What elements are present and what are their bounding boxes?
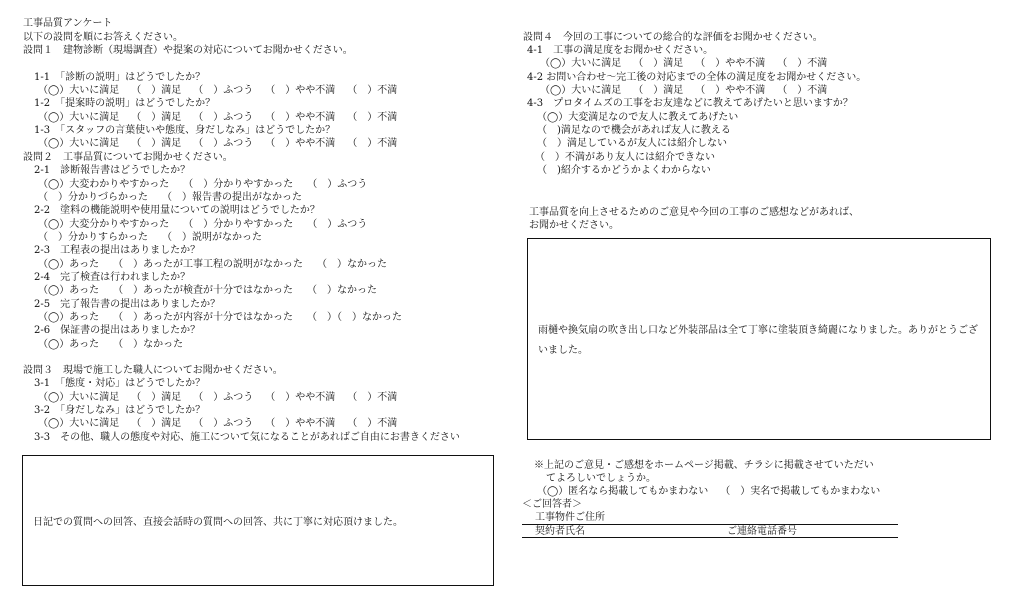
- option[interactable]: （ ）不満: [347, 417, 397, 430]
- option[interactable]: （ ）やや不満: [265, 137, 335, 150]
- option[interactable]: （ ）分かりすらかった: [38, 231, 148, 244]
- option[interactable]: （◯）大いに満足: [38, 137, 119, 150]
- option[interactable]: （ ）不満: [347, 391, 397, 404]
- option[interactable]: （ ）やや不満: [695, 57, 765, 70]
- option[interactable]: （ ）ふつう: [193, 111, 253, 124]
- q4-3-option[interactable]: （ )紹介するかどうかよくわからない: [537, 164, 711, 177]
- option[interactable]: （ ）満足: [633, 84, 683, 97]
- option[interactable]: （◯）大いに満足: [38, 391, 119, 404]
- q3-heading: 設問３ 現場で施工した職人についてお聞かせください。: [23, 364, 283, 377]
- q2-1-options-2: （ ）分かりづらかった （ ）報告書の提出がなかった: [38, 191, 316, 204]
- q2-5-label: 2-5 完了報告書の提出はありましたか？: [34, 298, 220, 311]
- q4-3-option[interactable]: （◯）大変満足なので友人に教えてあげたい: [537, 111, 738, 124]
- option[interactable]: （ ）不満: [347, 84, 397, 97]
- q4-3-option[interactable]: （ ）不満があり友人には紹介できない: [535, 151, 715, 164]
- q2-heading: 設問２ 工事品質についてお聞かせください。: [23, 151, 233, 164]
- option[interactable]: （ ）満足: [131, 111, 181, 124]
- option[interactable]: （ ）ふつう: [193, 391, 253, 404]
- option[interactable]: （ ）不満: [777, 84, 827, 97]
- option[interactable]: （ ）ふつう: [193, 417, 253, 430]
- option[interactable]: （ ）やや不満: [265, 391, 335, 404]
- option[interactable]: （ ）ふつう: [193, 137, 253, 150]
- option[interactable]: （ ）やや不満: [265, 84, 335, 97]
- q1-heading: 設問１ 建物診断（現場調査）や提案の対応についてお聞かせください。: [23, 44, 353, 57]
- option[interactable]: （ ）なかった: [317, 258, 387, 271]
- option[interactable]: （◯）あった: [38, 338, 99, 351]
- q3-2-options: （◯）大いに満足 （ ）満足 （ ）ふつう （ ）やや不満 （ ）不満: [38, 417, 411, 430]
- q2-3-options: （◯）あった （ ）あったが工事工程の説明がなかった （ ）なかった: [38, 258, 401, 271]
- opinion-answer-box[interactable]: 雨樋や換気扇の吹き出し口など外装部品は全て丁寧に塗装頂き綺麗になりました。ありが…: [527, 238, 991, 440]
- q4-2-label: 4-2 お問い合わせ～完工後の対応までの全体の満足度をお聞かせください。: [527, 71, 866, 84]
- option[interactable]: （ ）（ ）なかった: [307, 311, 402, 324]
- option[interactable]: （ ）やや不満: [695, 84, 765, 97]
- q2-1-options: （◯）大変わかりやすかった （ ）分かりやすかった （ ）ふつう: [38, 178, 381, 191]
- q2-2-label: 2-2 塗料の機能説明や使用量についての説明はどうでしたか？: [34, 204, 320, 217]
- option[interactable]: （◯）あった: [38, 258, 99, 271]
- q2-6-options: （◯）あった （ ）なかった: [38, 338, 197, 351]
- q3-3-answer-text: 日記での質問への回答、直接会話時の質問への回答、共に丁寧に対応頂けました。: [33, 513, 483, 533]
- q4-1-label: 4-1 工事の満足度をお聞かせください。: [527, 44, 713, 57]
- opinion-answer-text: 雨樋や換気扇の吹き出し口など外装部品は全て丁寧に塗装頂き綺麗になりました。ありが…: [538, 321, 980, 361]
- q4-3-option[interactable]: （ ）満足しているが友人には紹介しない: [537, 137, 727, 150]
- opinion-prompt-1: 工事品質を向上させるためのご意見や今回の工事のご感想などがあれば、: [529, 206, 859, 219]
- q2-2-options-2: （ ）分かりすらかった （ ）説明がなかった: [38, 231, 276, 244]
- q4-2-options: （◯）大いに満足 （ ）満足 （ ）やや不満 （ ）不満: [540, 84, 841, 97]
- option[interactable]: （ ）分かりやすかった: [183, 218, 293, 231]
- option[interactable]: （◯）あった: [38, 311, 99, 324]
- q3-1-label: 3-1 「態度・対応」はどうでしたか？: [34, 377, 205, 390]
- option[interactable]: （ ）満足: [131, 417, 181, 430]
- option[interactable]: （ ）満足: [131, 137, 181, 150]
- option[interactable]: （◯）大いに満足: [38, 84, 119, 97]
- q1-3-label: 1-3 「スタッフの言葉使いや態度、身だしなみ」はどうでしたか？: [34, 124, 335, 137]
- publish-options: （◯）匿名なら掲載してもかまわない （ ）実名で掲載してもかまわない: [537, 485, 894, 498]
- option[interactable]: （ ）説明がなかった: [162, 231, 262, 244]
- respondent-heading: ＜ご回答者＞: [522, 498, 582, 511]
- q2-2-options: （◯）大変分かりやすかった （ ）分かりやすかった （ ）ふつう: [38, 218, 381, 231]
- name-phone-underline: [522, 537, 898, 538]
- option[interactable]: （ ）ふつう: [307, 178, 367, 191]
- option[interactable]: （◯）大変わかりやすかった: [38, 178, 169, 191]
- q2-6-label: 2-6 保証書の提出はありましたか？: [34, 324, 200, 337]
- option[interactable]: （ ）不満: [777, 57, 827, 70]
- option[interactable]: （ ）実名で掲載してもかまわない: [720, 485, 880, 498]
- option[interactable]: （ ）やや不満: [265, 111, 335, 124]
- option[interactable]: （ ）ふつう: [193, 84, 253, 97]
- q3-3-label: 3-3 その他、職人の態度や対応、施工について気になることがあればご自由にお書き…: [34, 431, 460, 444]
- option[interactable]: （ ）報告書の提出がなかった: [162, 191, 302, 204]
- option[interactable]: （ ）不満: [347, 137, 397, 150]
- option[interactable]: （ ）満足: [131, 84, 181, 97]
- q2-5-options: （◯）あった （ ）あったが内容が十分ではなかった （ ）（ ）なかった: [38, 311, 416, 324]
- q4-3-label: 4-3 プロタイムズの工事をお友達などに教えてあげたいと思いますか？: [527, 97, 853, 110]
- option[interactable]: （ ）あったが工事工程の説明がなかった: [113, 258, 303, 271]
- q3-3-answer-box[interactable]: 日記での質問への回答、直接会話時の質問への回答、共に丁寧に対応頂けました。: [22, 455, 494, 586]
- option[interactable]: （◯）大変分かりやすかった: [38, 218, 169, 231]
- option[interactable]: （ ）やや不満: [265, 417, 335, 430]
- option[interactable]: （◯）大いに満足: [540, 57, 621, 70]
- option[interactable]: （ ）あったが内容が十分ではなかった: [113, 311, 293, 324]
- q1-1-label: 1-1 「診断の説明」はどうでしたか？: [34, 71, 205, 84]
- q1-3-options: （◯）大いに満足 （ ）満足 （ ）ふつう （ ）やや不満 （ ）不満: [38, 137, 411, 150]
- address-label: 工事物件ご住所: [535, 511, 605, 524]
- option[interactable]: （ ）なかった: [113, 338, 183, 351]
- option[interactable]: （ ）満足: [131, 391, 181, 404]
- option[interactable]: （◯）大いに満足: [38, 111, 119, 124]
- q2-3-label: 2-3 工程表の提出はありましたか？: [34, 244, 200, 257]
- q4-heading: 設問４ 今回の工事についての総合的な評価をお聞かせください。: [523, 31, 823, 44]
- option[interactable]: （ ）ふつう: [307, 218, 367, 231]
- survey-title: 工事品質アンケート: [23, 17, 112, 30]
- opinion-prompt-2: お聞かせください。: [529, 219, 619, 232]
- q3-2-label: 3-2 「身だしなみ」はどうでしたか？: [34, 404, 205, 417]
- q2-4-label: 2-4 完了検査は行われましたか？: [34, 271, 190, 284]
- q1-2-label: 1-2 「提案時の説明」はどうでしたか？: [34, 97, 215, 110]
- option[interactable]: （◯）大いに満足: [38, 417, 119, 430]
- q2-1-label: 2-1 診断報告書はどうでしたか？: [34, 164, 190, 177]
- publish-question-2: てよろしいでしょうか。: [546, 472, 656, 485]
- q1-2-options: （◯）大いに満足 （ ）満足 （ ）ふつう （ ）やや不満 （ ）不満: [38, 111, 411, 124]
- option[interactable]: （ ）分かりやすかった: [183, 178, 293, 191]
- option[interactable]: （◯）匿名なら掲載してもかまわない: [537, 485, 708, 498]
- q3-1-options: （◯）大いに満足 （ ）満足 （ ）ふつう （ ）やや不満 （ ）不満: [38, 391, 411, 404]
- option[interactable]: （ ）あったが検査が十分ではなかった: [113, 284, 293, 297]
- option[interactable]: （◯）あった: [38, 284, 99, 297]
- q2-4-options: （◯）あった （ ）あったが検査が十分ではなかった （ ）なかった: [38, 284, 391, 297]
- publish-question-1: ※上記のご意見・ご感想をホームページ掲載、チラシに掲載させていただい: [534, 459, 874, 472]
- option[interactable]: （◯）大いに満足: [540, 84, 621, 97]
- option[interactable]: （ ）なかった: [307, 284, 377, 297]
- q1-1-options: （◯）大いに満足 （ ）満足 （ ）ふつう （ ）やや不満 （ ）不満: [38, 84, 411, 97]
- option[interactable]: （ ）満足: [633, 57, 683, 70]
- q4-3-option[interactable]: （ )満足なので機会があれば友人に教える: [537, 124, 731, 137]
- survey-intro: 以下の設問を順にお答えください。: [23, 31, 183, 44]
- option[interactable]: （ ）分かりづらかった: [38, 191, 148, 204]
- q4-1-options: （◯）大いに満足 （ ）満足 （ ）やや不満 （ ）不満: [540, 57, 841, 70]
- option[interactable]: （ ）不満: [347, 111, 397, 124]
